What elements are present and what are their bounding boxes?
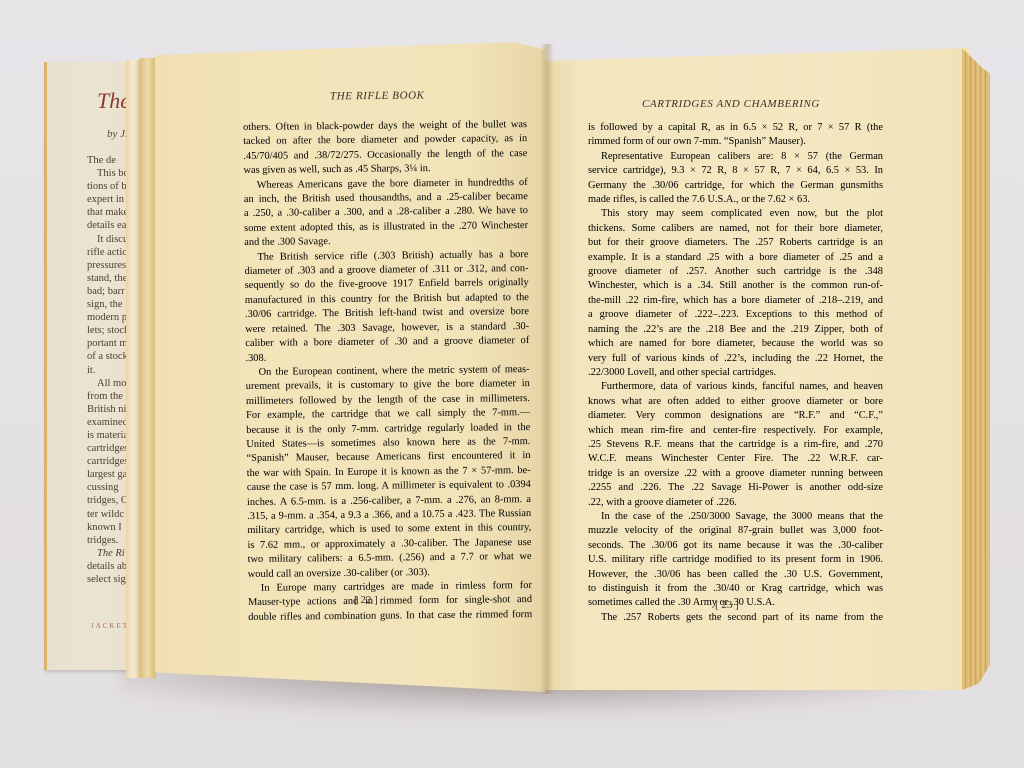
text-line: double rifles and combination guns. In t… — [248, 608, 532, 625]
text-line: service cartridge), 9.3 × 72 R, 8 × 57 R… — [588, 164, 883, 178]
text-line: diameter. Very common designations are “… — [588, 409, 883, 423]
text-line: .25 Stevens R.F. means that the cartridg… — [588, 438, 883, 452]
text-line: In the case of the .250/3000 Savage, the… — [588, 510, 883, 524]
text-line: muzzle velocity of the original 87-grain… — [588, 524, 883, 538]
text-line: but for their groove diameters. The .257… — [588, 236, 883, 250]
text-line: very full of various kinds of .22’s, inc… — [588, 352, 883, 366]
text-line: two military calibers: a 6.5-mm. (.256) … — [248, 550, 532, 567]
right-running-head: CARTRIDGES AND CHAMBERING — [642, 98, 820, 110]
text-line: seconds. The .30/06 got its name because… — [588, 539, 883, 553]
text-line: rimmed form of our own 7-mm. “Spanish” M… — [588, 135, 883, 149]
text-line: which mean rim-fire and center-fire resp… — [588, 424, 883, 438]
dust-jacket-flap: The by J. The deThis botions of bexpert … — [44, 62, 139, 670]
text-line: to distinguish it from the .30/40 or Kra… — [588, 582, 883, 596]
text-line: tridge is an oversize .22 with a groove … — [588, 467, 883, 481]
text-line: groove diameter of .257. Another such ca… — [588, 265, 883, 279]
text-line: knows what are often added to either gro… — [588, 395, 883, 409]
text-line: the-mill .22 rim-fire, which has a bore … — [588, 294, 883, 308]
text-line: This story may seem complicated even now… — [588, 207, 883, 221]
page-block-edges — [962, 48, 990, 690]
left-running-head: THE RIFLE BOOK — [330, 90, 425, 103]
right-page-body: is followed by a capital R, as in 6.5 × … — [588, 121, 883, 625]
jacket-author: by J. — [107, 128, 128, 140]
text-line: example. It is a standard .25 with a bor… — [588, 251, 883, 265]
text-line: Representative European calibers are: 8 … — [588, 150, 883, 164]
text-line: thickens. Some calibers are named, not f… — [588, 222, 883, 236]
left-page-number: [ 22 ] — [354, 594, 378, 606]
text-line: Germany the .30/06 cartridge, for which … — [588, 179, 883, 193]
text-line: However, the .30/06 has been called the … — [588, 568, 883, 582]
text-line: W.C.F. means Winchester Center Fire. The… — [588, 452, 883, 466]
text-line: caliber with a bore diameter of .30 and … — [245, 334, 529, 351]
text-line: The .257 Roberts gets the second part of… — [588, 611, 883, 625]
text-line: made rifles, is called the 7.6 U.S.A., o… — [588, 193, 883, 207]
text-line: .22/3000 Lovell, and other special cartr… — [588, 366, 883, 380]
book-gutter — [540, 44, 554, 694]
text-line: .22, with a groove diameter of .226. — [588, 496, 883, 510]
text-line: U.S. military rifle cartridge modified t… — [588, 553, 883, 567]
text-line: is followed by a capital R, as in 6.5 × … — [588, 121, 883, 135]
text-line: a groove diameter of .222–.223. Exceptio… — [588, 308, 883, 322]
cover-hinge — [140, 58, 156, 678]
right-page-number: [ 23 ] — [715, 599, 739, 611]
text-line: .2255 and .226. The .22 Savage Hi-Power … — [588, 481, 883, 495]
text-line: Furthermore, data of various kinds, fanc… — [588, 380, 883, 394]
text-line: naming the .22’s are the .218 Bee and th… — [588, 323, 883, 337]
text-line: Winchester, which is a .34. Still anothe… — [588, 279, 883, 293]
cover-board-edge — [126, 60, 140, 678]
text-line: which are named for bore diameter, becau… — [588, 337, 883, 351]
left-page-body: others. Often in black-powder days the w… — [243, 118, 532, 625]
